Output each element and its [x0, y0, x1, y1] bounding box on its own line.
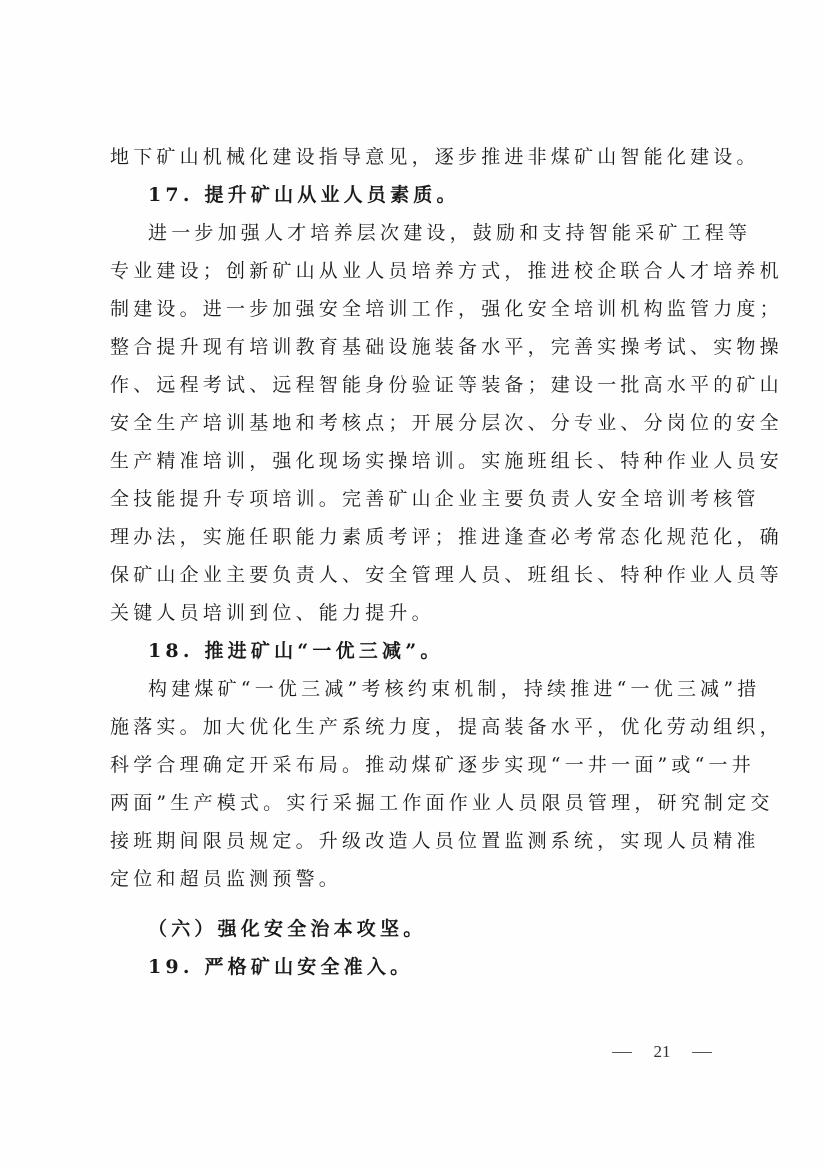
paragraph-line: 施落实。加大优化生产系统力度，提高装备水平，优化劳动组织，: [110, 712, 716, 742]
document-page: 地下矿山机械化建设指导意见，逐步推进非煤矿山智能化建设。 17. 提升矿山从业人…: [0, 0, 826, 1169]
section-heading-17: 17. 提升矿山从业人员素质。: [148, 180, 716, 210]
paragraph-line: 接班期间限员规定。升级改造人员位置监测系统，实现人员精准: [110, 826, 716, 856]
paragraph-line: 全技能提升专项培训。完善矿山企业主要负责人安全培训考核管: [110, 484, 716, 514]
paragraph-line: 生产精准培训，强化现场实操培训。实施班组长、特种作业人员安: [110, 446, 716, 476]
paragraph-line: 理办法，实施任职能力素质考评；推进逢查必考常态化规范化，确: [110, 522, 716, 552]
dash-left-icon: [612, 1052, 632, 1053]
chapter-subheading-6: （六）强化安全治本攻坚。: [148, 914, 716, 944]
section-heading-19: 19. 严格矿山安全准入。: [148, 952, 716, 982]
page-number-value: 21: [654, 1040, 671, 1064]
section-heading-18: 18. 推进矿山“一优三减”。: [148, 636, 716, 666]
paragraph-line: 地下矿山机械化建设指导意见，逐步推进非煤矿山智能化建设。: [110, 142, 716, 172]
paragraph-line: 制建设。进一步加强安全培训工作，强化安全培训机构监管力度；: [110, 294, 716, 324]
paragraph-line: 定位和超员监测预警。: [110, 864, 716, 894]
paragraph-line: 保矿山企业主要负责人、安全管理人员、班组长、特种作业人员等: [110, 560, 716, 590]
paragraph-line: 关键人员培训到位、能力提升。: [110, 598, 716, 628]
paragraph-line: 科学合理确定开采布局。推动煤矿逐步实现“一井一面”或“一井: [110, 750, 716, 780]
paragraph-line: 作、远程考试、远程智能身份验证等装备；建设一批高水平的矿山: [110, 370, 716, 400]
paragraph-line: 安全生产培训基地和考核点；开展分层次、分专业、分岗位的安全: [110, 408, 716, 438]
paragraph-line: 整合提升现有培训教育基础设施装备水平，完善实操考试、实物操: [110, 332, 716, 362]
page-number: 21: [612, 1040, 712, 1064]
paragraph-line: 两面”生产模式。实行采掘工作面作业人员限员管理，研究制定交: [110, 788, 716, 818]
paragraph-line: 构建煤矿“一优三减”考核约束机制，持续推进“一优三减”措: [148, 674, 716, 704]
dash-right-icon: [692, 1052, 712, 1053]
paragraph-line: 专业建设；创新矿山从业人员培养方式，推进校企联合人才培养机: [110, 256, 716, 286]
paragraph-line: 进一步加强人才培养层次建设，鼓励和支持智能采矿工程等: [148, 218, 716, 248]
